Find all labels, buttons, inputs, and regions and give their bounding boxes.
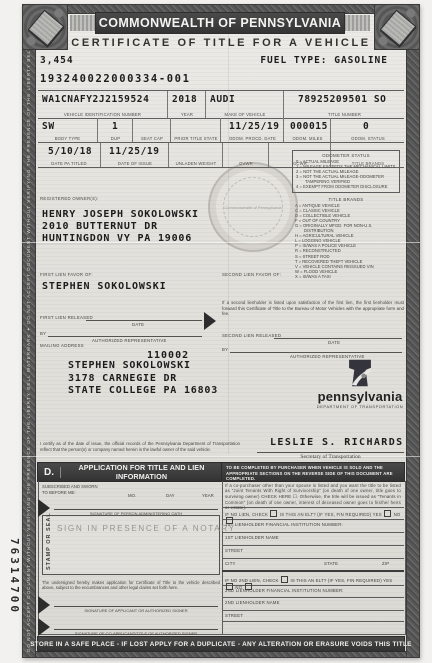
- zip-label: ZIP: [382, 561, 389, 566]
- state-label: STATE: [324, 561, 338, 566]
- pointer-arrow-icon: [204, 312, 216, 330]
- body-type-value: SW: [42, 121, 55, 132]
- prior-title-state-label: PRIOR TITLE STATE: [171, 136, 221, 141]
- odometer-status-legend: ODOMETER STATUS 0 = ACTUAL MILEAGE1 = MI…: [292, 150, 400, 193]
- unladen-weight-label: UNLADEN WEIGHT: [169, 161, 223, 166]
- vin-field: WA1CNAFY2J2159524 VEHICLE IDENTIFICATION…: [38, 91, 167, 118]
- make-value: AUDI: [210, 94, 235, 105]
- year-value: 2018: [172, 94, 197, 105]
- code-legend: ODOMETER STATUS 0 = ACTUAL MILEAGE1 = MI…: [292, 150, 400, 279]
- agency-department: DEPARTMENT OF TRANSPORTATION: [315, 404, 405, 409]
- city-label: CITY: [225, 561, 236, 566]
- owner-name: HENRY JOSEPH SOKOLOWSKI: [42, 210, 199, 220]
- section-d-title: APPLICATION FOR TITLE AND LIEN INFORMATI…: [61, 463, 222, 481]
- body-type-label: BODY TYPE: [38, 136, 97, 141]
- owner-street: 2010 BUTTERNUT DR: [42, 222, 199, 232]
- first-lien-released-label: FIRST LIEN RELEASED: [40, 315, 93, 320]
- lienholder1-street-row: STREET: [222, 546, 404, 559]
- penndot-logo: pennsylvania DEPARTMENT OF TRANSPORTATIO…: [315, 358, 405, 409]
- application-statement: The undersigned hereby makes application…: [42, 580, 220, 591]
- fuel-type-value: FUEL TYPE: GASOLINE: [260, 55, 388, 66]
- first-lien-by-line: [48, 336, 202, 337]
- date-of-issue-value: 11/25/19: [109, 146, 160, 157]
- vin-value: WA1CNAFY2J2159524: [42, 94, 149, 105]
- no-second-lien-label: IF NO 2ND LIEN, CHECK: [225, 578, 279, 583]
- ornate-border-left: DO NOT ACCEPT DOCUMENT WITHOUT VERIFYING…: [22, 4, 36, 658]
- brands-legend-items: A = ANTIQUE VEHICLEC = CLASSIC VEHICLED …: [295, 203, 397, 278]
- vehicle-grid-row-1: WA1CNAFY2J2159524 VEHICLE IDENTIFICATION…: [38, 90, 404, 119]
- odom-miles-label: ODOM. MILES: [284, 136, 331, 141]
- second-lien-released-line: [274, 338, 402, 339]
- stamp-or-seal-box: STAMP OR SEAL SIGN IN PRESENCE OF A NOTA…: [42, 515, 220, 575]
- ornate-border-right: [406, 4, 420, 658]
- vehicle-grid-row-2: SW BODY TYPE 1 DUP SEAT CAP PRIOR TITLE …: [38, 118, 404, 143]
- sworn-line-2: TO BEFORE ME:: [42, 490, 98, 496]
- second-lien-released-label: SECOND LIEN RELEASED: [222, 333, 281, 338]
- no-second-lien-row: IF NO 2ND LIEN, CHECK IS THIS AN ELT? (I…: [222, 574, 404, 586]
- banner-flourish-icon: [70, 15, 96, 31]
- section-d-letter: D.: [38, 467, 61, 478]
- brands-legend-title: TITLE BRANDS: [295, 197, 397, 202]
- coapplicant-signature-caption: SIGNATURE OF CO-APPLICANT/TITLE OF AUTHO…: [54, 631, 218, 636]
- mailing-street: 3178 CARNEGIE DR: [68, 373, 218, 384]
- authorized-representative-label: AUTHORIZED REPRESENTATIVE: [92, 338, 167, 343]
- owner-city-state-zip: HUNTINGDON VY PA 19006: [42, 234, 199, 244]
- registered-owner-label: REGISTERED OWNER(S):: [40, 196, 99, 201]
- vin-label: VEHICLE IDENTIFICATION NUMBER: [38, 112, 167, 117]
- pointer-arrow-icon: [38, 618, 50, 636]
- dup-field: 1 DUP: [97, 118, 133, 142]
- month-column-label: MO.: [128, 493, 136, 498]
- fold-crease: [22, 242, 420, 243]
- odom-status-value: 0: [363, 121, 369, 132]
- by-label: BY: [40, 331, 46, 336]
- no-lien-checkbox: [270, 510, 277, 517]
- secretary-signature-line: [257, 452, 404, 453]
- batch-number: 3,454: [40, 55, 74, 66]
- mailing-address-block: STEPHEN SOKOLOWSKI 3178 CARNEGIE DR STAT…: [68, 360, 218, 398]
- first-lien-released-line: [86, 320, 202, 321]
- body-type-field: SW BODY TYPE: [38, 118, 97, 142]
- year-label: YEAR: [168, 112, 206, 117]
- date-of-issue-label: DATE OF ISSUE: [101, 161, 169, 166]
- odometer-legend-title: ODOMETER STATUS: [296, 153, 396, 158]
- section-d-note: TO BE COMPLETED BY PURCHASER WHEN VEHICL…: [222, 463, 404, 481]
- secretary-signature: LESLIE S. RICHARDS: [270, 437, 404, 448]
- make-field: AUDI MAKE OF VEHICLE: [205, 91, 284, 118]
- dup-value: 1: [112, 121, 118, 132]
- date-label: DATE: [132, 322, 144, 327]
- lienholder1-fin-row: 1ST LIENHOLDER FINANCIAL INSTITUTION NUM…: [222, 520, 404, 533]
- sworn-line-1: SUBSCRIBED AND SWORN: [42, 484, 98, 490]
- no-second-lien-checkbox: [281, 576, 288, 583]
- title-brands-legend: TITLE BRANDS A = ANTIQUE VEHICLEC = CLAS…: [292, 197, 400, 278]
- watermark-warning-text: DO NOT ACCEPT DOCUMENT WITHOUT VERIFYING…: [26, 12, 32, 652]
- applicant-signature-caption: SIGNATURE OF APPLICANT OR AUTHORIZED SIG…: [54, 608, 218, 613]
- lienholder2-name-row: 2ND LIENHOLDER NAME: [222, 598, 404, 611]
- first-lien-label: FIRST LIEN FAVOR OF:: [40, 272, 93, 277]
- footer-warning-bar: STORE IN A SAFE PLACE - IF LOST APPLY FO…: [38, 637, 404, 651]
- odom-procd-date-field: 11/25/19 ODOM. PROCD. DATE: [220, 118, 284, 142]
- seat-cap-field: SEAT CAP: [132, 118, 171, 142]
- second-lien-label: SECOND LIEN FAVOR OF:: [222, 272, 281, 277]
- lienholder1-city-row: CITY STATE ZIP: [222, 559, 404, 572]
- lienholder2-street-row: STREET: [222, 611, 404, 622]
- lienholder2-fin-row: 2ND LIENHOLDER FINANCIAL INSTITUTION NUM…: [222, 586, 404, 598]
- odom-procd-date-value: 11/25/19: [229, 121, 280, 132]
- title-number-field: 78925209501 SO TITLE NUMBER: [283, 91, 405, 118]
- fold-crease-vertical: [228, 34, 229, 454]
- make-label: MAKE OF VEHICLE: [206, 112, 284, 117]
- stamp-or-seal-label: STAMP OR SEAL: [46, 512, 52, 570]
- elt-yes-label: YES: [383, 578, 392, 583]
- date-pa-titled-field: 5/10/18 DATE PA TITLED: [38, 143, 100, 167]
- elt-question-label: IS THIS AN ELT? (IF YES, FIN REQUIRED): [280, 512, 371, 517]
- mailing-address-label: MAILING ADDRESS: [40, 343, 84, 348]
- odom-miles-value: 000015: [290, 121, 328, 132]
- watermark-seal: Commonwealth of Pennsylvania: [208, 162, 298, 252]
- seat-cap-label: SEAT CAP: [133, 136, 171, 141]
- keystone-logo-icon: [347, 358, 373, 388]
- mailing-name: STEPHEN SOKOLOWSKI: [68, 360, 218, 371]
- scanned-title-page: 76314700 DO NOT ACCEPT DOCUMENT WITHOUT …: [0, 0, 432, 663]
- second-lien-by-line: [230, 352, 402, 353]
- unladen-weight-field: UNLADEN WEIGHT: [168, 143, 223, 167]
- banner-flourish-icon: [344, 15, 370, 31]
- day-column-label: DAY: [166, 493, 175, 498]
- pointer-arrow-icon: [38, 596, 50, 614]
- date-pa-titled-label: DATE PA TITLED: [38, 161, 100, 166]
- by-label: BY: [222, 347, 228, 352]
- odometer-legend-items: 0 = ACTUAL MILEAGE1 = MILEAGE EXCEEDS TH…: [296, 159, 396, 189]
- odom-status-field: 0 ODOM. STATUS: [330, 118, 405, 142]
- section-d-header: D. APPLICATION FOR TITLE AND LIEN INFORM…: [38, 463, 222, 481]
- prior-title-state-field: PRIOR TITLE STATE: [170, 118, 221, 142]
- year-field: 2018 YEAR: [167, 91, 206, 118]
- title-number-label: TITLE NUMBER: [284, 112, 405, 117]
- control-number: 193240022000334-001: [40, 73, 191, 85]
- first-lien-value: STEPHEN SOKOLOWSKI: [42, 281, 167, 292]
- certificate-title: CERTIFICATE OF TITLE FOR A VEHICLE: [22, 37, 420, 49]
- document-serial-number: 76314700: [8, 538, 21, 615]
- second-lien-note: If a second lienholder is listed upon sa…: [222, 300, 404, 317]
- dup-label: DUP: [98, 136, 133, 141]
- notary-instruction: SIGN IN PRESENCE OF A NOTARY: [57, 524, 215, 533]
- sworn-statement: SUBSCRIBED AND SWORN TO BEFORE ME:: [42, 484, 98, 495]
- agency-name: pennsylvania: [315, 390, 405, 403]
- state-name-banner: COMMONWEALTH OF PENNSYLVANIA: [96, 13, 344, 33]
- year-column-label: YEAR: [202, 493, 214, 498]
- elt-yes-label: YES: [373, 512, 382, 517]
- elt-yes-checkbox: [384, 510, 391, 517]
- no-lien-row: IF NO LIEN, CHECK IS THIS AN ELT? (IF YE…: [222, 508, 404, 520]
- odom-miles-field: 000015 ODOM. MILES: [283, 118, 331, 142]
- certificate-document: DO NOT ACCEPT DOCUMENT WITHOUT VERIFYING…: [22, 4, 420, 658]
- odom-procd-date-label: ODOM. PROCD. DATE: [221, 136, 284, 141]
- joint-tenancy-instruction: If a co-purchaser other than your spouse…: [222, 481, 404, 508]
- ornate-border-bottom: [22, 651, 420, 658]
- certification-statement: I certify as of the date of issue, the o…: [40, 441, 240, 452]
- watermark-seal-text: Commonwealth of Pennsylvania: [223, 177, 283, 237]
- elt-question-label: IS THIS AN ELT? (IF YES, FIN REQUIRED): [290, 578, 381, 583]
- title-number-value: 78925209501 SO: [298, 94, 386, 105]
- odom-status-label: ODOM. STATUS: [331, 136, 405, 141]
- mailing-city-state-zip: STATE COLLEGE PA 16803: [68, 385, 218, 396]
- date-pa-titled-value: 5/10/18: [48, 146, 92, 157]
- date-of-issue-field: 11/25/19 DATE OF ISSUE: [100, 143, 169, 167]
- secretary-title: Secretary of Transportation: [257, 454, 404, 460]
- date-label: DATE: [328, 340, 340, 345]
- elt-no-label: NO: [394, 512, 401, 517]
- lienholder1-name-row: 1ST LIENHOLDER NAME: [222, 533, 404, 546]
